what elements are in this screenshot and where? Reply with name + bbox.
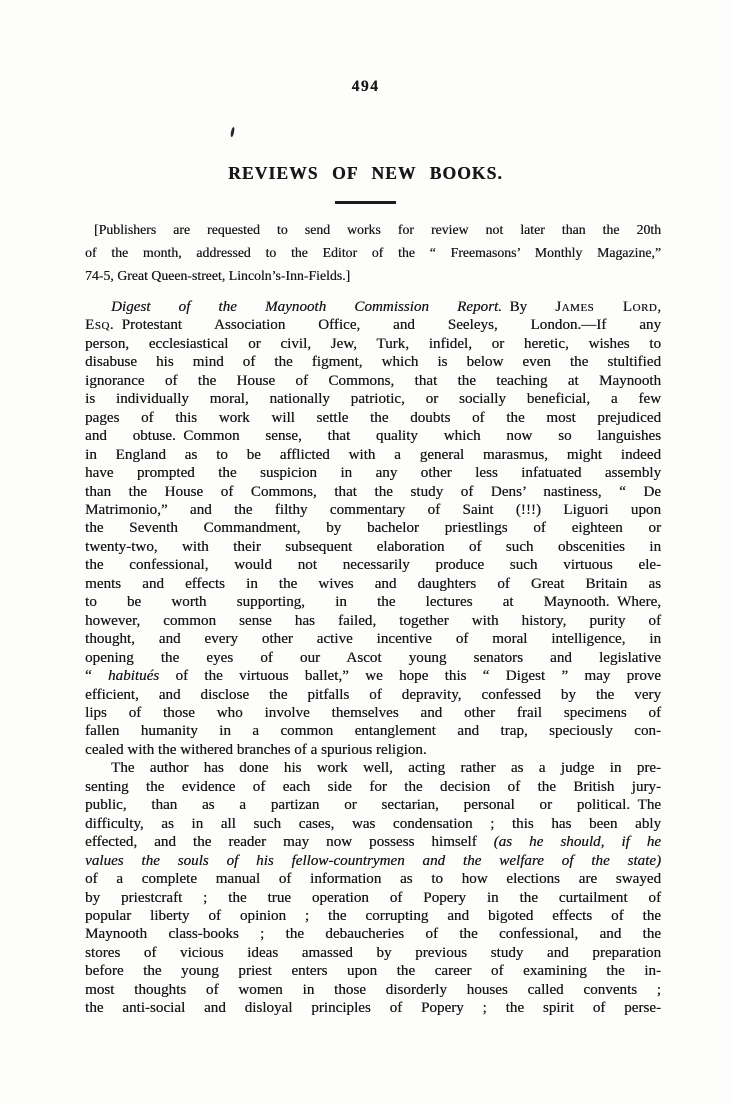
text-line: [Publishers are requested to send works … xyxy=(85,218,661,241)
review-article: Digest of the Maynooth Commission Report… xyxy=(85,298,661,1018)
page-number: 494 xyxy=(0,78,731,96)
text-line: Digest of the Maynooth Commission Report… xyxy=(85,298,661,316)
scanned-page: 494 REVIEWS OF NEW BOOKS. [Publishers ar… xyxy=(0,0,731,1103)
text-run: fallen humanity in a common entanglement… xyxy=(85,723,661,739)
text-run: lips of those who involve themselves and… xyxy=(85,705,661,721)
text-run: of the month, addressed to the Editor of… xyxy=(85,245,661,260)
text-line: 74-5, Great Queen-street, Lincoln’s-Inn-… xyxy=(85,264,661,287)
text-line: before the young priest enters upon the … xyxy=(85,962,661,980)
paragraph: The author has done his work well, actin… xyxy=(85,759,661,1017)
text-line: to be worth supporting, in the lectures … xyxy=(85,593,661,611)
text-line: by priestcraft ; the true operation of P… xyxy=(85,889,661,907)
ink-speck xyxy=(230,127,235,137)
text-line: lips of those who involve themselves and… xyxy=(85,704,661,722)
text-line: public, than as a partizan or sectarian,… xyxy=(85,796,661,814)
text-line: stores of vicious ideas amassed by previ… xyxy=(85,944,661,962)
text-run: senting the evidence of each side for th… xyxy=(85,779,661,795)
text-line: than the House of Commons, that the stud… xyxy=(85,483,661,501)
text-run: person, ecclesiastical or civil, Jew, Tu… xyxy=(85,336,661,352)
text-run: stores of vicious ideas amassed by previ… xyxy=(85,945,661,961)
text-line: opening the eyes of our Ascot young sena… xyxy=(85,649,661,667)
text-line: fallen humanity in a common entanglement… xyxy=(85,722,661,740)
text-run: opening the eyes of our Ascot young sena… xyxy=(85,650,661,666)
italic-text: (as he should, if he xyxy=(494,834,661,850)
smallcaps-text: Esq. xyxy=(85,317,114,333)
publisher-notice: [Publishers are requested to send works … xyxy=(85,218,661,288)
text-run: is individually moral, nationally patrio… xyxy=(85,391,661,407)
text-line: in England as to be afflicted with a gen… xyxy=(85,446,661,464)
text-run: Matrimonio,” and the filthy commentary o… xyxy=(85,502,661,518)
text-run: thought, and every other active incentiv… xyxy=(85,631,661,647)
italic-text: values the souls of his fellow-countryme… xyxy=(85,853,661,869)
text-line: however, common sense has failed, togeth… xyxy=(85,612,661,630)
text-line: popular liberty of opinion ; the corrupt… xyxy=(85,907,661,925)
text-line: senting the evidence of each side for th… xyxy=(85,778,661,796)
text-line: values the souls of his fellow-countryme… xyxy=(85,852,661,870)
text-line: most thoughts of women in those disorder… xyxy=(85,981,661,999)
text-run: ignorance of the House of Commons, that … xyxy=(85,373,661,389)
text-line: thought, and every other active incentiv… xyxy=(85,630,661,648)
text-line: person, ecclesiastical or civil, Jew, Tu… xyxy=(85,335,661,353)
text-run: the Seventh Commandment, by bachelor pri… xyxy=(85,520,661,536)
text-run: than the House of Commons, that the stud… xyxy=(85,484,661,500)
text-run: most thoughts of women in those disorder… xyxy=(85,982,661,998)
text-run: the anti-social and disloyal principles … xyxy=(85,1000,661,1016)
text-run: effected, and the reader may now possess… xyxy=(85,834,494,850)
text-run: [Publishers are requested to send works … xyxy=(94,222,661,237)
text-line: “ habitués of the virtuous ballet,” we h… xyxy=(85,667,661,685)
italic-text: habitués xyxy=(108,668,159,684)
text-run: the confessional, would not necessarily … xyxy=(85,557,661,573)
text-run: of a complete manual of information as t… xyxy=(85,871,661,887)
text-run: Protestant Association Office, and Seele… xyxy=(114,317,661,333)
text-run: of the virtuous ballet,” we hope this “ … xyxy=(159,668,661,684)
text-line: the anti-social and disloyal principles … xyxy=(85,999,661,1017)
text-run: 74-5, Great Queen-street, Lincoln’s-Inn-… xyxy=(85,268,350,283)
text-line: Maynooth class-books ; the debaucheries … xyxy=(85,925,661,943)
text-line: ments and effects in the wives and daugh… xyxy=(85,575,661,593)
text-run: public, than as a partizan or sectarian,… xyxy=(85,797,661,813)
text-line: Matrimonio,” and the filthy commentary o… xyxy=(85,501,661,519)
italic-text: Digest of the Maynooth Commission Report… xyxy=(111,299,502,315)
text-run: pages of this work will settle the doubt… xyxy=(85,410,661,426)
text-line: have prompted the suspicion in any other… xyxy=(85,464,661,482)
text-line: twenty-two, with their subsequent elabor… xyxy=(85,538,661,556)
text-run: , xyxy=(657,299,661,315)
text-run: “ xyxy=(85,668,108,684)
text-run: efficient, and disclose the pitfalls of … xyxy=(85,687,661,703)
text-line: of a complete manual of information as t… xyxy=(85,870,661,888)
text-run: twenty-two, with their subsequent elabor… xyxy=(85,539,661,555)
text-run: ments and effects in the wives and daugh… xyxy=(85,576,661,592)
text-run: to be worth supporting, in the lectures … xyxy=(85,594,661,610)
text-run: Maynooth class-books ; the debaucheries … xyxy=(85,926,661,942)
text-line: cealed with the withered branches of a s… xyxy=(85,741,661,759)
text-run: popular liberty of opinion ; the corrupt… xyxy=(85,908,661,924)
text-line: the confessional, would not necessarily … xyxy=(85,556,661,574)
text-line: of the month, addressed to the Editor of… xyxy=(85,241,661,264)
text-run: in England as to be afflicted with a gen… xyxy=(85,447,661,463)
text-line: ignorance of the House of Commons, that … xyxy=(85,372,661,390)
text-line: disabuse his mind of the figment, which … xyxy=(85,353,661,371)
smallcaps-text: James Lord xyxy=(555,299,657,315)
title-rule-divider xyxy=(335,201,396,204)
text-line: difficulty, as in all such cases, was co… xyxy=(85,815,661,833)
text-line: The author has done his work well, actin… xyxy=(85,759,661,777)
text-line: efficient, and disclose the pitfalls of … xyxy=(85,686,661,704)
paragraph: Digest of the Maynooth Commission Report… xyxy=(85,298,661,759)
text-run: The author has done his work well, actin… xyxy=(111,760,661,776)
text-line: Esq. Protestant Association Office, and … xyxy=(85,316,661,334)
text-run: difficulty, as in all such cases, was co… xyxy=(85,816,661,832)
text-run: and obtuse. Common sense, that quality w… xyxy=(85,428,661,444)
text-run: disabuse his mind of the figment, which … xyxy=(85,354,661,370)
section-title: REVIEWS OF NEW BOOKS. xyxy=(0,163,731,184)
text-line: pages of this work will settle the doubt… xyxy=(85,409,661,427)
text-line: the Seventh Commandment, by bachelor pri… xyxy=(85,519,661,537)
text-run: however, common sense has failed, togeth… xyxy=(85,613,661,629)
text-run: before the young priest enters upon the … xyxy=(85,963,661,979)
text-line: is individually moral, nationally patrio… xyxy=(85,390,661,408)
text-line: effected, and the reader may now possess… xyxy=(85,833,661,851)
text-run: cealed with the withered branches of a s… xyxy=(85,742,427,758)
text-run: By xyxy=(502,299,555,315)
text-run: by priestcraft ; the true operation of P… xyxy=(85,890,661,906)
text-line: and obtuse. Common sense, that quality w… xyxy=(85,427,661,445)
text-run: have prompted the suspicion in any other… xyxy=(85,465,661,481)
